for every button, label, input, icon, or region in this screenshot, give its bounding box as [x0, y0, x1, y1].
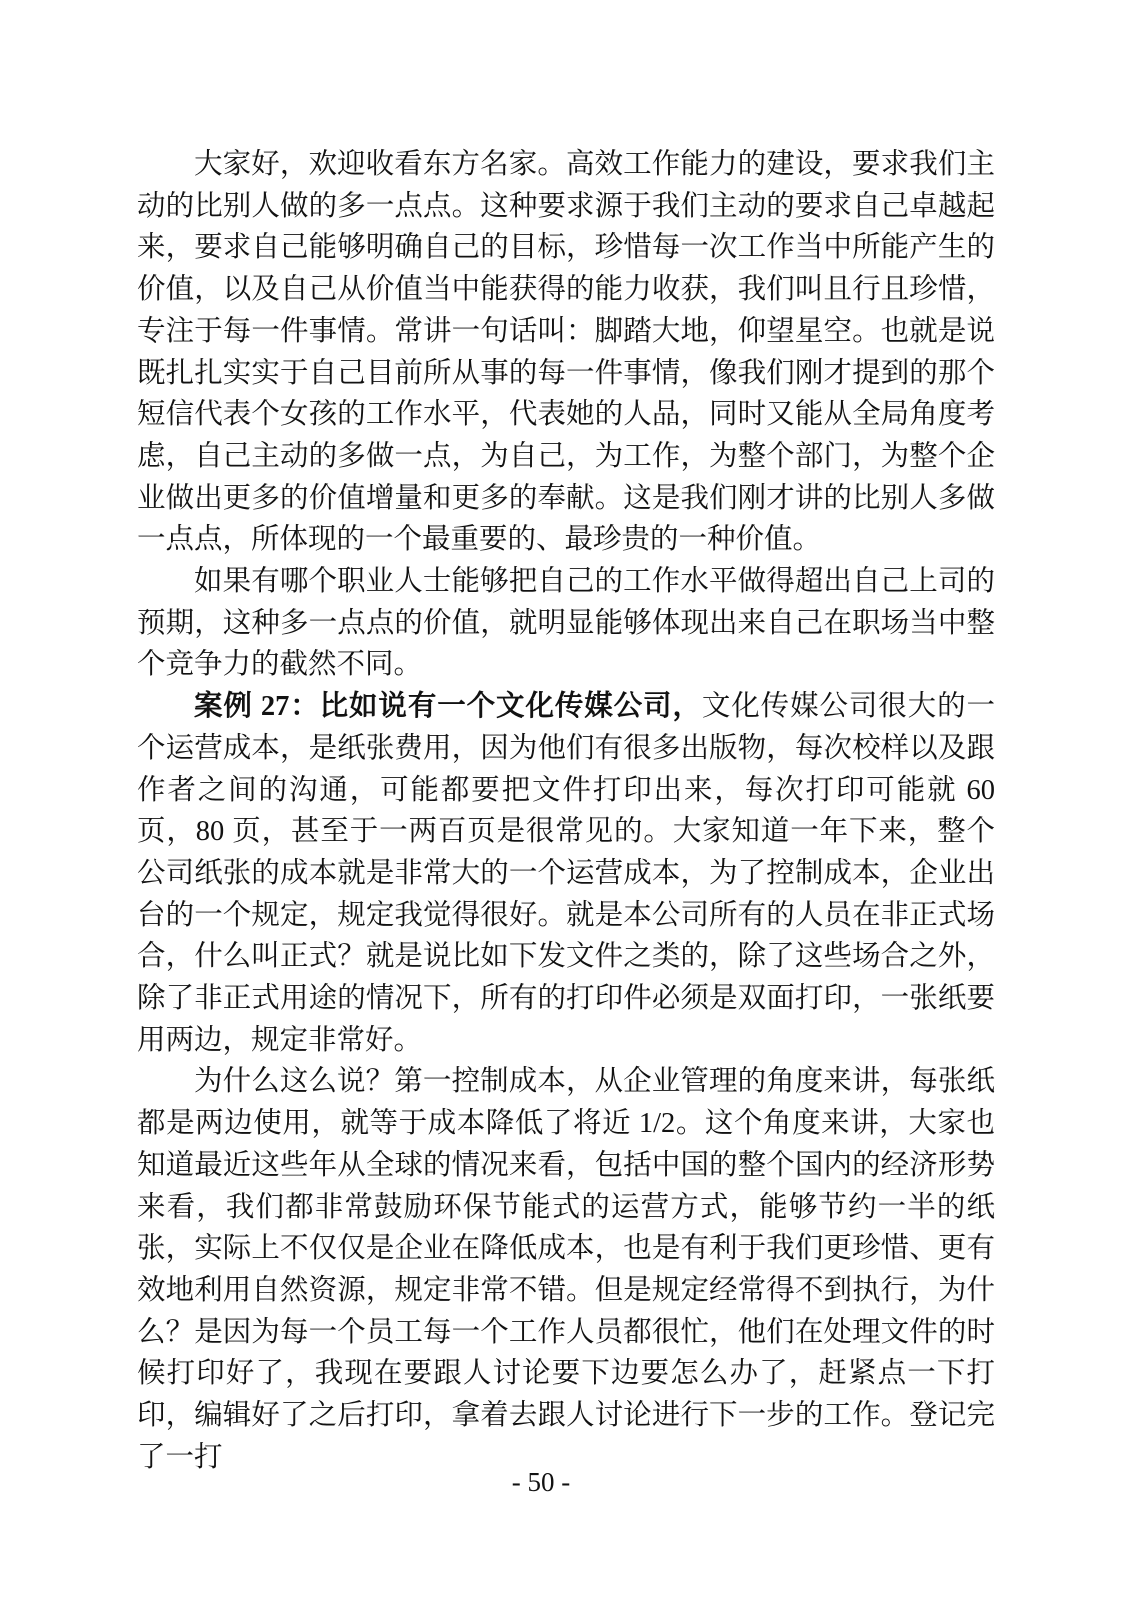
paragraph-exceed-expectation: 如果有哪个职业人士能够把自己的工作水平做得超出自己上司的预期，这种多一点点的价值…: [137, 561, 995, 686]
paragraph-why-cost-control: 为什么这么说？第一控制成本，从企业管理的角度来讲，每张纸都是两边使用，就等于成本…: [137, 1061, 995, 1478]
paragraph-intro: 大家好，欢迎收看东方名家。高效工作能力的建设，要求我们主动的比别人做的多一点点。…: [137, 144, 995, 561]
document-body: 大家好，欢迎收看东方名家。高效工作能力的建设，要求我们主动的比别人做的多一点点。…: [137, 144, 995, 1479]
case-27-bold-lead: 案例 27：比如说有一个文化传媒公司，: [194, 691, 702, 722]
document-page: 大家好，欢迎收看东方名家。高效工作能力的建设，要求我们主动的比别人做的多一点点。…: [0, 0, 1131, 1600]
paragraph-case-27: 案例 27：比如说有一个文化传媒公司，文化传媒公司很大的一个运营成本，是纸张费用…: [137, 686, 995, 1061]
page-number: - 50 -: [0, 1466, 1082, 1498]
case-27-body-text: 文化传媒公司很大的一个运营成本，是纸张费用，因为他们有很多出版物，每次校样以及跟…: [137, 691, 995, 1056]
